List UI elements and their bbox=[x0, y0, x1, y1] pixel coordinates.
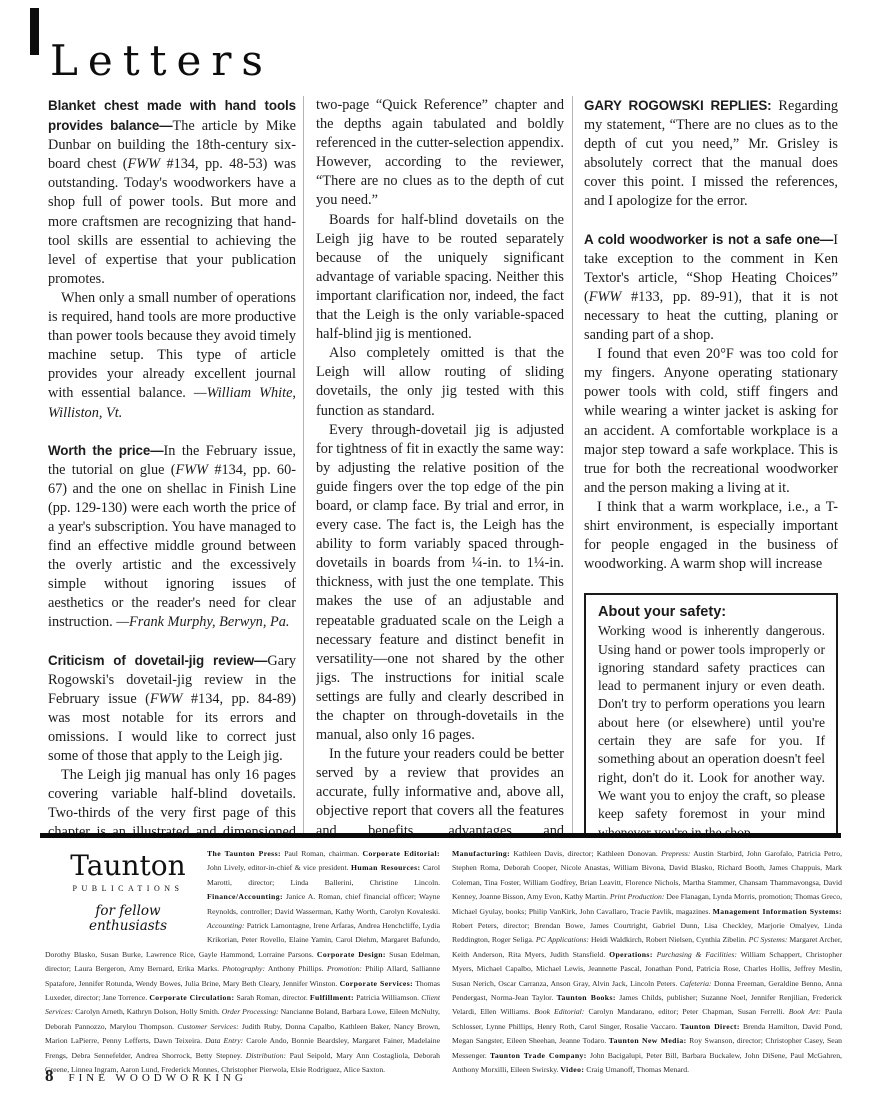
letter-paragraph: GARY ROGOWSKI REPLIES: Regarding my stat… bbox=[584, 96, 838, 212]
column-divider-2 bbox=[572, 96, 573, 833]
safety-box-body: Working wood is inherently dangerous. Us… bbox=[598, 622, 825, 834]
letter-paragraph: Also completely omitted is that the Leig… bbox=[316, 344, 564, 420]
letter-paragraph: When only a small number of operations i… bbox=[48, 289, 296, 423]
letter-blanket-chest: Blanket chest made with hand tools provi… bbox=[48, 96, 296, 423]
letter-worth-the-price: Worth the price—In the February issue, t… bbox=[48, 441, 296, 633]
letter-paragraph: In the future your readers could be bett… bbox=[316, 745, 564, 834]
letter-paragraph: Criticism of dovetail-jig review—Gary Ro… bbox=[48, 651, 296, 767]
logo-subtitle: PUBLICATIONS bbox=[57, 882, 199, 896]
masthead-right-column: Manufacturing: Kathleen Davis, director;… bbox=[452, 847, 842, 1078]
editor-reply: GARY ROGOWSKI REPLIES: Regarding my stat… bbox=[584, 96, 838, 212]
letters-column-3: GARY ROGOWSKI REPLIES: Regarding my stat… bbox=[584, 96, 838, 834]
masthead-staff-list-right: Manufacturing: Kathleen Davis, director;… bbox=[452, 849, 842, 1074]
letter-cold-woodworker: A cold woodworker is not a safe one—I ta… bbox=[584, 230, 838, 575]
magazine-name: FINE WOODWORKING bbox=[69, 1072, 247, 1084]
page-title: Letters bbox=[50, 36, 273, 85]
masthead-divider-rule bbox=[40, 833, 841, 838]
logo-tagline: for fellow enthusiasts bbox=[57, 904, 199, 933]
section-tick-mark bbox=[30, 8, 39, 55]
masthead-left-column: Taunton PUBLICATIONS for fellow enthusia… bbox=[45, 847, 440, 1078]
letter-paragraph: I found that even 20°F was too cold for … bbox=[584, 345, 838, 498]
safety-box-title: About your safety: bbox=[598, 604, 825, 620]
page-footer: 8 FINE WOODWORKING bbox=[45, 1066, 247, 1086]
safety-notice-box: About your safety: Working wood is inher… bbox=[584, 593, 838, 834]
column-divider-1 bbox=[303, 96, 304, 833]
letter-dovetail-jig-criticism: Criticism of dovetail-jig review—Gary Ro… bbox=[48, 651, 296, 834]
letter-paragraph: two-page “Quick Reference” chapter and t… bbox=[316, 96, 564, 211]
logo-name: Taunton bbox=[57, 851, 199, 881]
letter-paragraph: Every through-dovetail jig is adjusted f… bbox=[316, 421, 564, 746]
letters-column-1: Blanket chest made with hand tools provi… bbox=[48, 96, 296, 834]
letter-paragraph: A cold woodworker is not a safe one—I ta… bbox=[584, 230, 838, 346]
letter-paragraph: Worth the price—In the February issue, t… bbox=[48, 441, 296, 633]
page-number: 8 bbox=[45, 1066, 54, 1086]
letter-paragraph: The Leigh jig manual has only 16 pages c… bbox=[48, 766, 296, 834]
letters-column-2: two-page “Quick Reference” chapter and t… bbox=[316, 96, 564, 834]
letter-paragraph: I think that a warm workplace, i.e., a T… bbox=[584, 498, 838, 574]
masthead: Taunton PUBLICATIONS for fellow enthusia… bbox=[45, 847, 842, 1078]
letter-paragraph: Blanket chest made with hand tools provi… bbox=[48, 96, 296, 289]
taunton-publications-logo: Taunton PUBLICATIONS for fellow enthusia… bbox=[45, 847, 207, 935]
letter-paragraph: Boards for half-blind dovetails on the L… bbox=[316, 211, 564, 345]
